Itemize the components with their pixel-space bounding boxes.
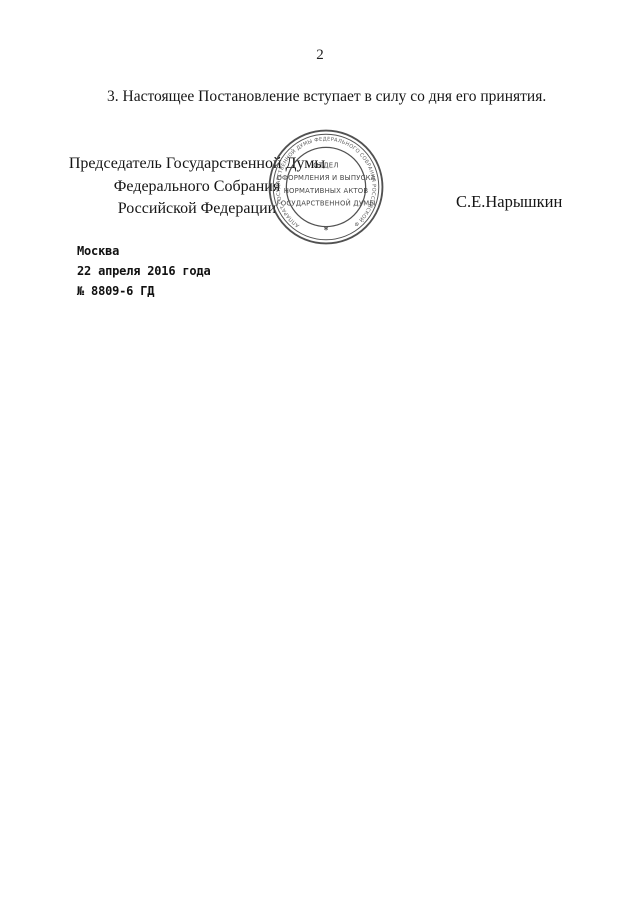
stamp-center-line-3: НОРМАТИВНЫХ АКТОВ <box>284 187 369 195</box>
issuance-block: Москва 22 апреля 2016 года № 8809-6 ГД <box>77 241 210 301</box>
document-number: № 8809-6 ГД <box>77 281 210 301</box>
official-round-stamp: АППАРАТ ГОСУДАРСТВЕННОЙ ДУМЫ ФЕДЕРАЛЬНОГ… <box>268 129 384 245</box>
stamp-star-separator: ✱ <box>324 226 329 233</box>
issuance-city: Москва <box>77 241 210 261</box>
stamp-center-line-2: ОФОРМЛЕНИЯ И ВЫПУСКА <box>276 174 375 182</box>
page-number: 2 <box>0 47 640 64</box>
stamp-center-line-4: ГОСУДАРСТВЕННОЙ ДУМЫ <box>276 198 375 207</box>
issuance-date: 22 апреля 2016 года <box>77 261 210 281</box>
stamp-center-line-1: ОТДЕЛ <box>313 162 338 170</box>
clause-3-text: 3. Настоящее Постановление вступает в си… <box>107 87 547 107</box>
document-page: 2 3. Настоящее Постановление вступает в … <box>0 0 640 905</box>
signer-name: С.Е.Нарышкин <box>456 192 562 212</box>
